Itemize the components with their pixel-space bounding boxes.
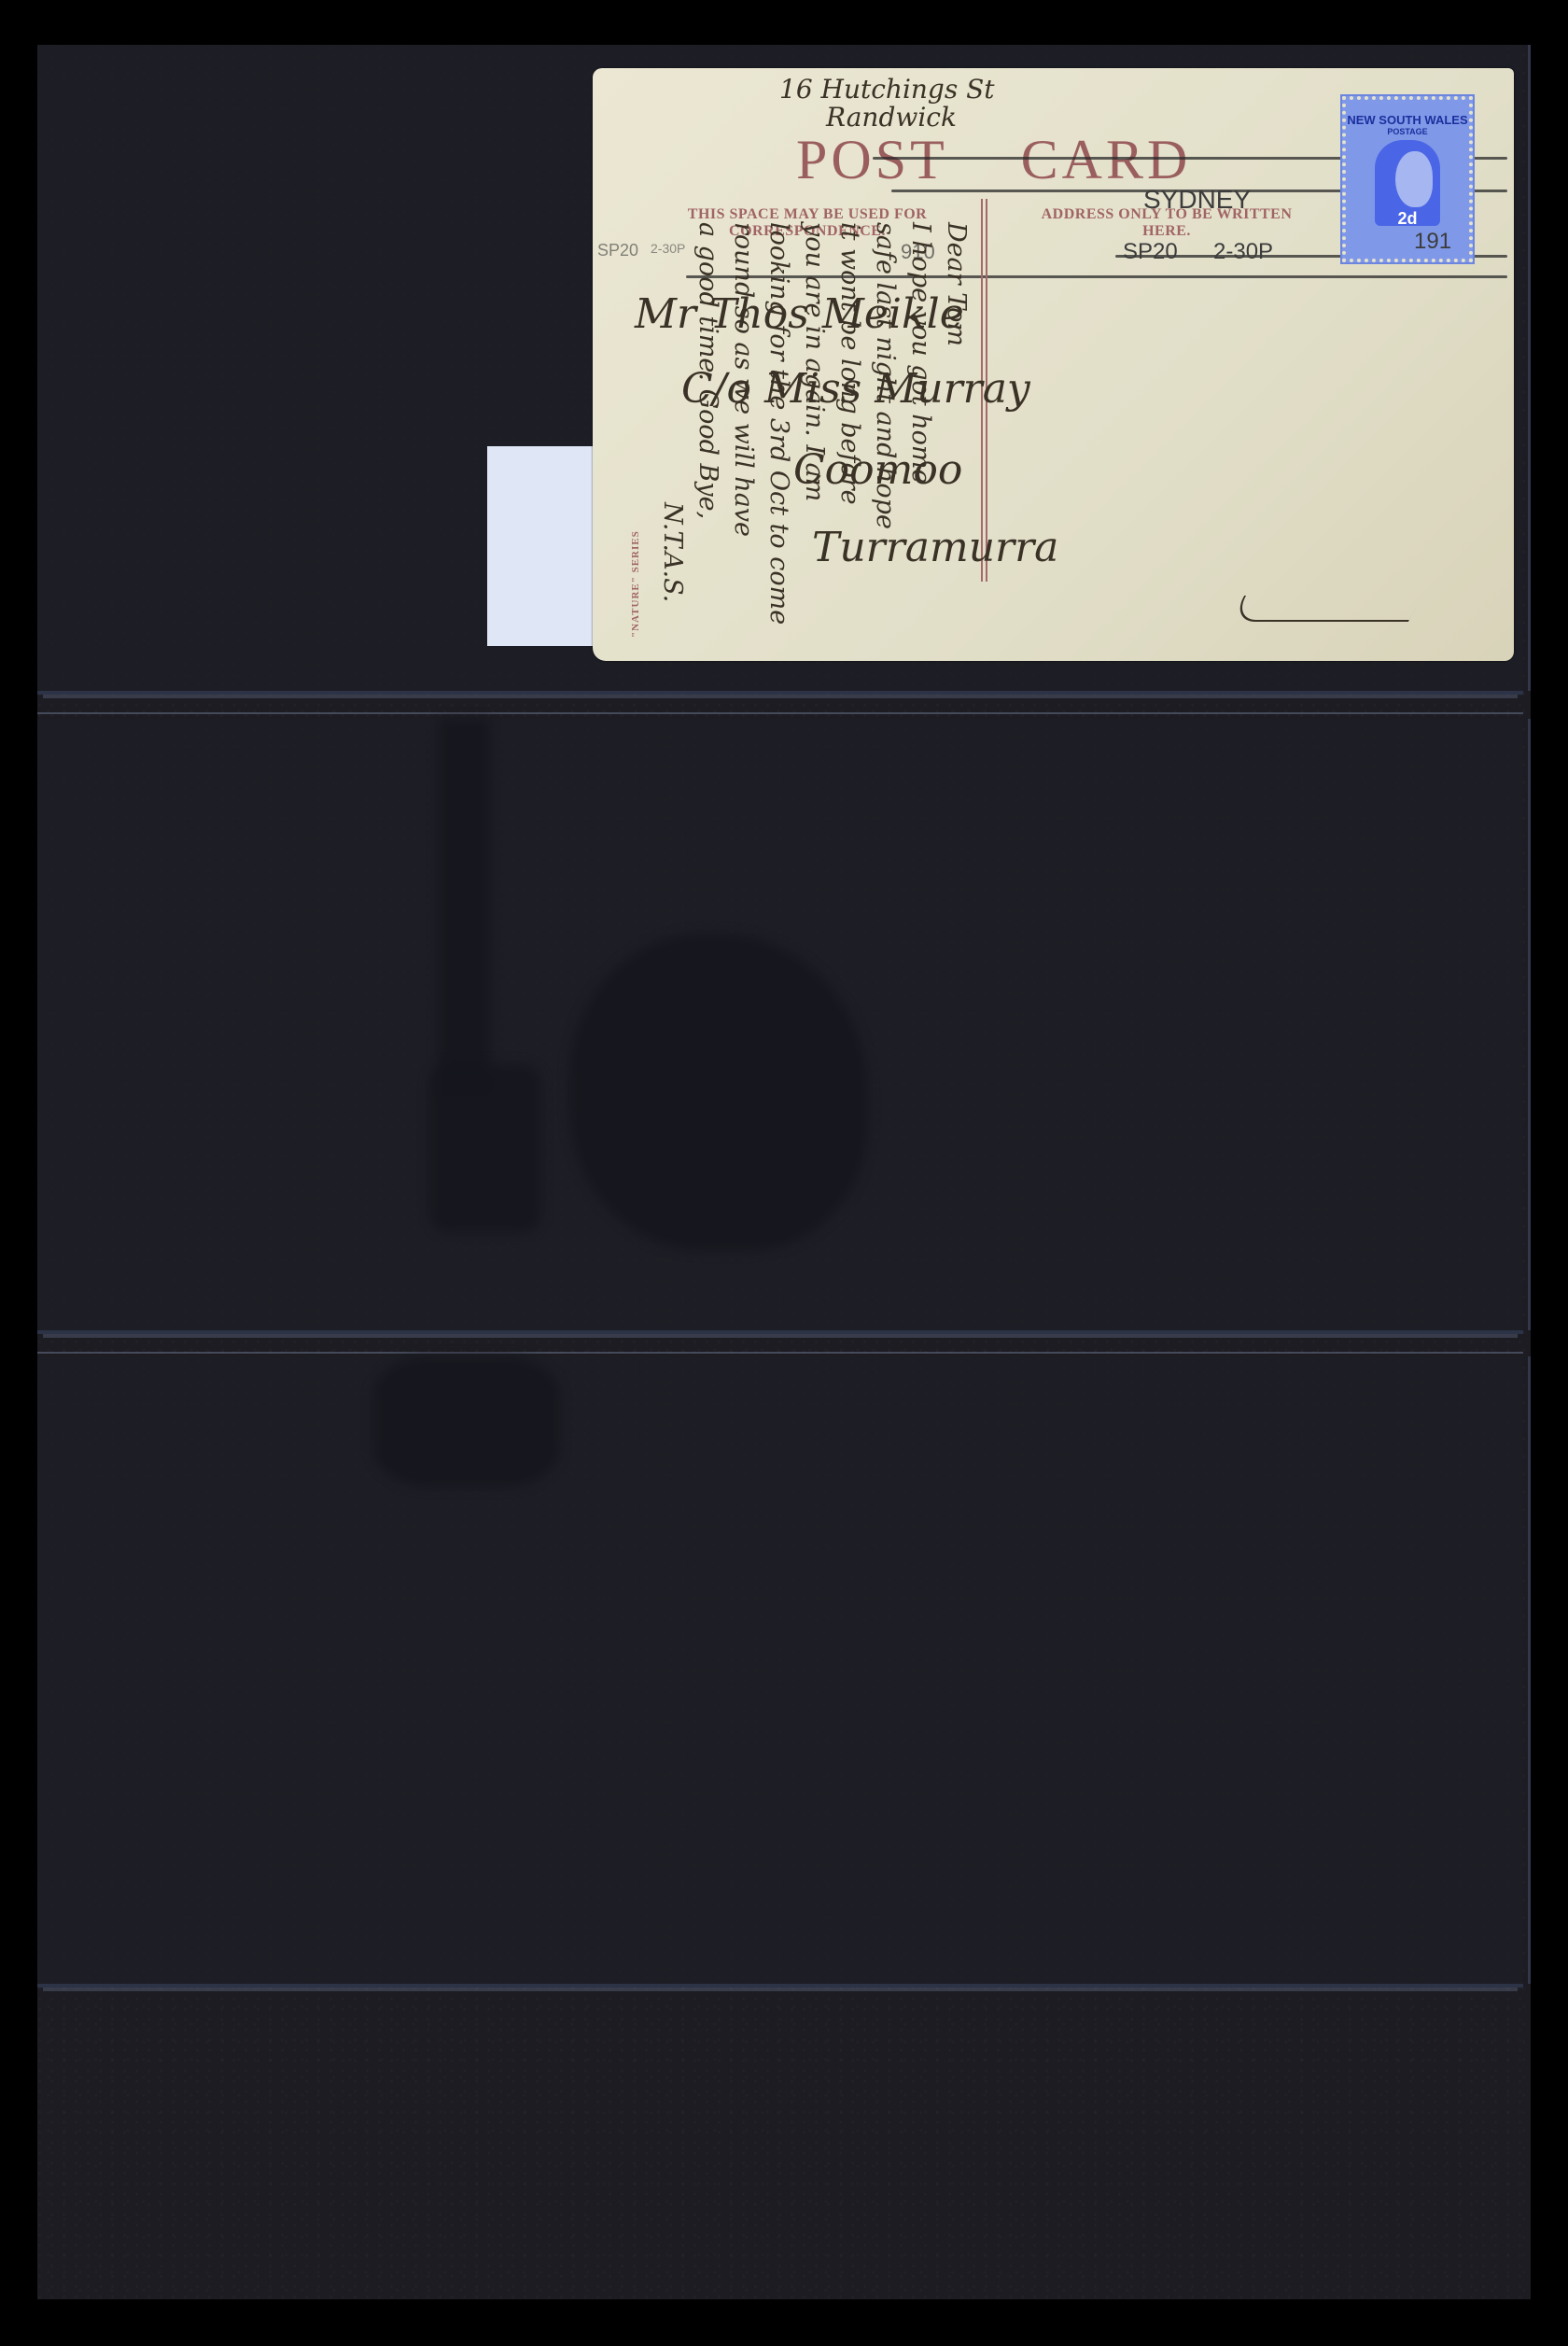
shadow-stem xyxy=(439,719,490,1092)
postcard-title: POST CARD xyxy=(796,128,1191,192)
address-heading-line-2: HERE. xyxy=(1027,223,1307,240)
message-line: round so as we will have xyxy=(725,222,761,625)
postmark-city: SYDNEY xyxy=(1143,185,1251,215)
stamp-country: NEW SOUTH WALES xyxy=(1346,113,1469,127)
shadow-leaf xyxy=(373,1356,560,1487)
strip-edge xyxy=(1528,1356,1531,1984)
postmark-date: SP20 xyxy=(1123,239,1178,265)
address-flourish xyxy=(1229,596,1423,622)
message-signature: N.T.A.S. xyxy=(654,222,690,625)
message-line: it wont be long before xyxy=(832,222,867,625)
stamp-year-fragment: 191 xyxy=(1414,229,1451,255)
postmark-time: 2-30P xyxy=(1213,239,1273,265)
message-line: a good time. Good Bye, xyxy=(690,222,725,625)
postmark-left-date: SP20 xyxy=(597,241,638,260)
message-line: I hope you got home xyxy=(903,222,938,625)
album-strip-2 xyxy=(37,719,1523,1334)
message-line: you are in again. I am xyxy=(796,222,832,625)
message-line: Dear Tom xyxy=(938,222,973,625)
stamp-value: 2d xyxy=(1346,209,1469,229)
message-line: looking for the 3rd Oct to come xyxy=(761,222,796,625)
sender-address-line-1: 16 Hutchings St xyxy=(779,74,995,105)
strip-divider-line xyxy=(37,712,1523,714)
strip-divider-line xyxy=(37,1352,1523,1354)
shadow-flower xyxy=(569,934,868,1251)
strip-edge xyxy=(1528,719,1531,1330)
correspondence-heading-line-1: THIS SPACE MAY BE USED FOR xyxy=(672,206,943,223)
series-label: "NATURE" SERIES xyxy=(630,530,641,638)
message-line: safe last night and hope xyxy=(867,222,903,625)
correspondence-message: Dear Tom I hope you got home safe last n… xyxy=(654,222,973,625)
white-label-tab xyxy=(487,446,594,646)
postcard[interactable]: 16 Hutchings St Randwick POST CARD THIS … xyxy=(593,68,1514,661)
postage-stamp: NEW SOUTH WALES POSTAGE 2d xyxy=(1342,96,1473,262)
shadow-leaf xyxy=(429,1064,541,1232)
stamp-label: POSTAGE xyxy=(1346,127,1469,136)
album-strip-3 xyxy=(37,1356,1523,1988)
strip-edge xyxy=(1528,45,1531,691)
